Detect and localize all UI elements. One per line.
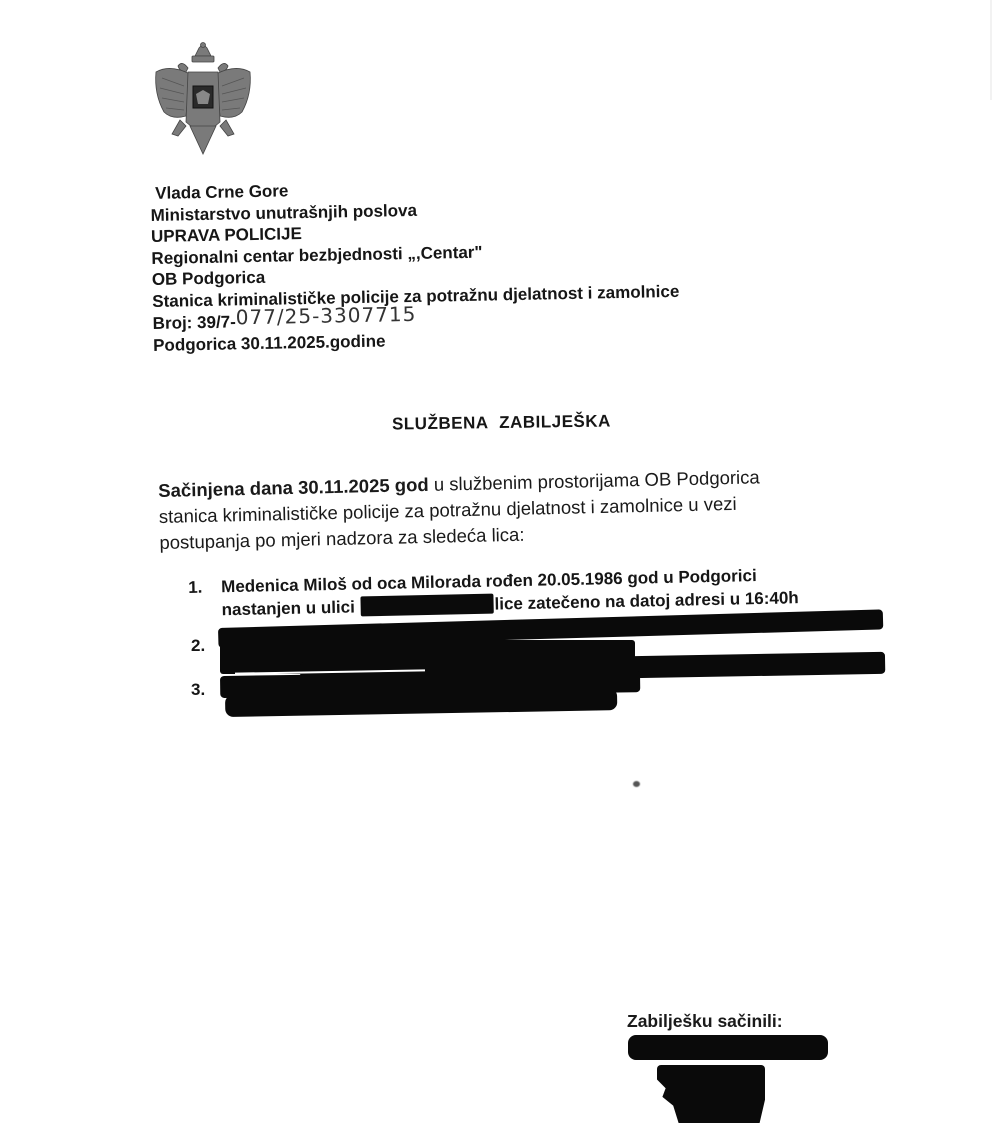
broj-label: Broj: 39/7- bbox=[153, 312, 236, 333]
intro-bold-lead: Sačinjena dana 30.11.2025 god bbox=[158, 474, 429, 501]
intro-paragraph: Sačinjena dana 30.11.2025 god u službeni… bbox=[158, 463, 840, 556]
page-edge bbox=[990, 0, 992, 100]
broj-handwritten: 077/25-3307715 bbox=[236, 302, 417, 329]
redacted-signatory-name bbox=[628, 1035, 828, 1060]
signature-label: Zabilješku sačinili: bbox=[627, 1011, 783, 1032]
address-suffix: lice zatečeno na datoj adresi u 16:40h bbox=[494, 588, 799, 613]
list-item-number: 1. bbox=[188, 578, 210, 598]
redacted-signature bbox=[657, 1065, 765, 1123]
address-prefix: nastanjen u ulici bbox=[221, 597, 359, 619]
scan-speck bbox=[633, 781, 640, 787]
list-item-number-3: 3. bbox=[191, 680, 205, 700]
document-title: SLUŽBENA ZABILJEŠKA bbox=[392, 411, 611, 434]
document-header: Vlada Crne Gore Ministarstvo unutrašnjih… bbox=[150, 171, 773, 356]
redacted-address bbox=[360, 594, 493, 617]
list-item-number-2: 2. bbox=[191, 636, 205, 656]
document-page: Vlada Crne Gore Ministarstvo unutrašnjih… bbox=[0, 0, 1000, 1139]
montenegro-coat-of-arms-icon bbox=[150, 42, 256, 160]
